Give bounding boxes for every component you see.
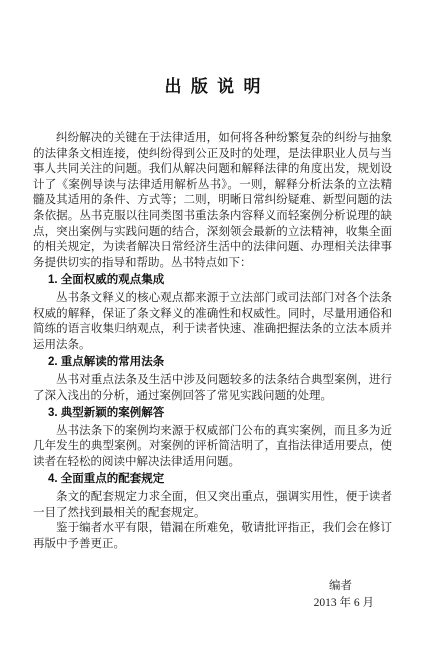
- page-body: 纠纷解决的关键在于法律适用，如何将各种纷繁复杂的纠纷与抽象的法律条文相连接，使纠…: [33, 131, 392, 612]
- intro-paragraph: 纠纷解决的关键在于法律适用，如何将各种纷繁复杂的纠纷与抽象的法律条文相连接，使纠…: [33, 131, 392, 271]
- signature-date: 2013 年 6 月: [33, 595, 392, 612]
- section-2-heading: 2. 重点解读的常用法条: [33, 355, 392, 371]
- book-page: 出版说明 纠纷解决的关键在于法律适用，如何将各种纷繁复杂的纠纷与抽象的法律条文相…: [0, 0, 425, 652]
- section-3-body: 丛书法条下的案例均来源于权威部门公布的真实案例，而且多为近几年发生的典型案例。对…: [33, 424, 392, 471]
- closing-paragraph: 鉴于编者水平有限，错漏在所难免，敬请批评指正，我们会在修订再版中予善更正。: [33, 521, 392, 552]
- section-2-body: 丛书对重点法条及生活中涉及问题较多的法条结合典型案例，进行了深入浅出的分析，通过…: [33, 373, 392, 404]
- section-4-body: 条文的配套规定力求全面，但又突出重点，强调实用性，便于读者一目了然找到最相关的配…: [33, 490, 392, 521]
- section-4-heading: 4. 全面重点的配套规定: [33, 472, 392, 488]
- page-title: 出版说明: [33, 72, 392, 97]
- section-1-heading: 1. 全面权威的观点集成: [33, 273, 392, 289]
- signature-block: 编者 2013 年 6 月: [33, 578, 392, 612]
- section-3-heading: 3. 典型新颖的案例解答: [33, 406, 392, 422]
- signature-editor: 编者: [33, 578, 392, 595]
- section-1-body: 丛书条文释义的核心观点都来源于立法部门或司法部门对各个法条权威的解释，保证了条文…: [33, 291, 392, 353]
